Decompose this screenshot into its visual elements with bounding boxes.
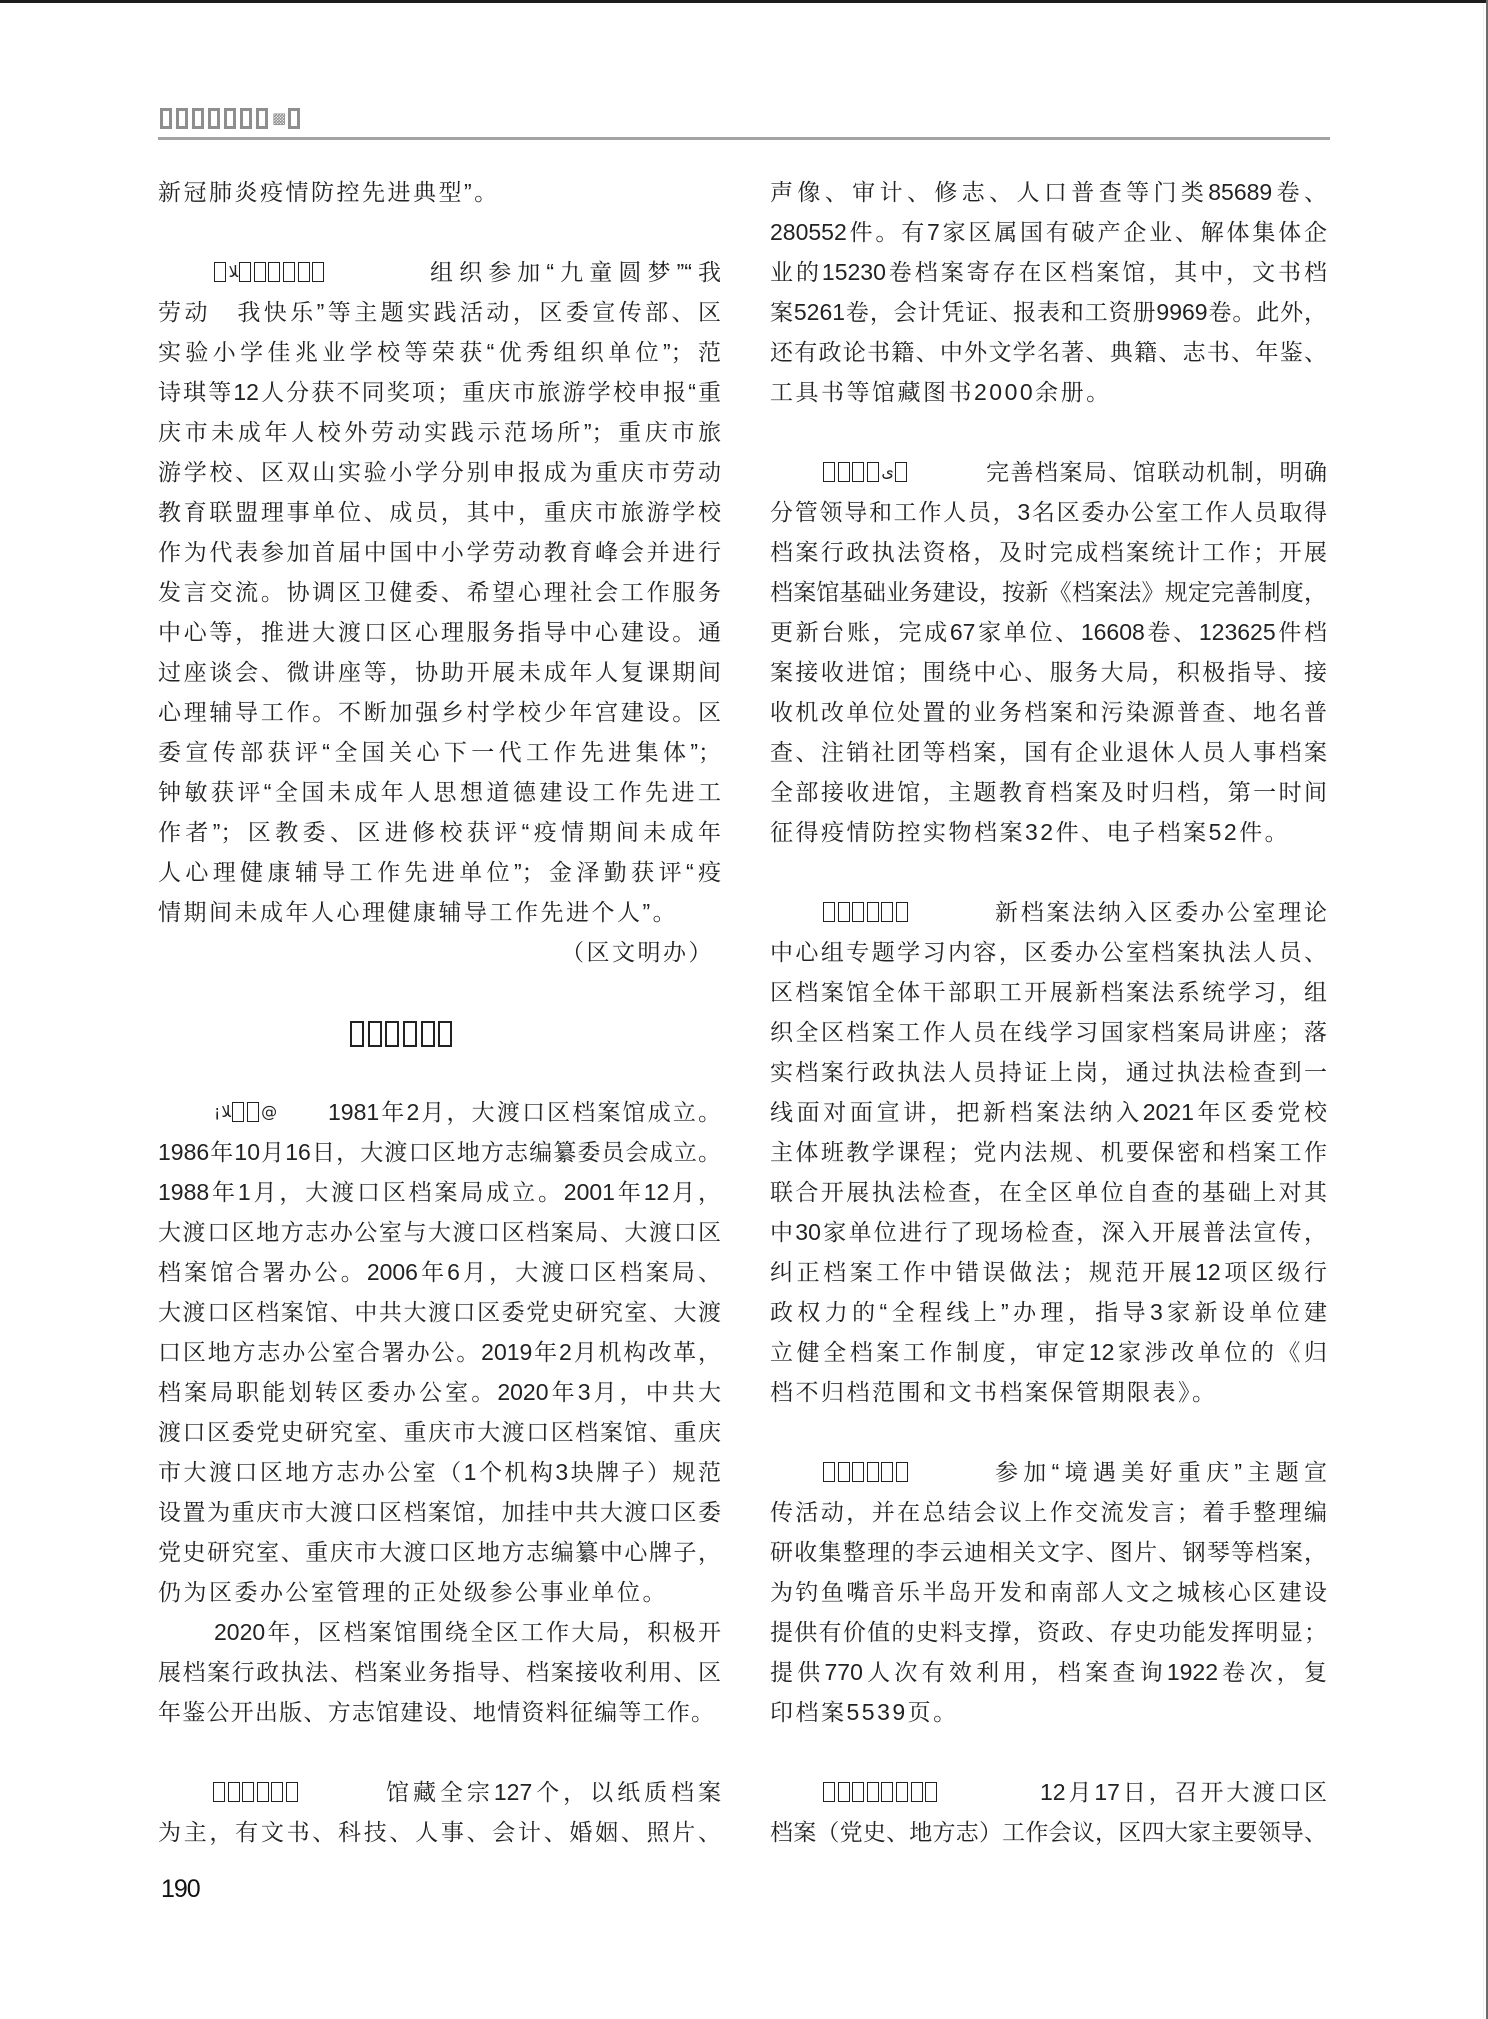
- body-text-line: 工具书等馆藏图书2000余册。: [770, 372, 1112, 412]
- body-text-line: 联合开展执法检查，在全区单位自查的基础上对其: [770, 1172, 1327, 1212]
- body-text-line: 查、注销社团等档案，国有企业退休人员人事档案: [770, 732, 1327, 772]
- body-text-line: 游学校、区双山实验小学分别申报成为重庆市劳动: [158, 452, 721, 492]
- body-text-line: 大渡口区档案馆、中共大渡口区委党史研究室、大渡: [158, 1292, 721, 1332]
- missing-glyph-box: □: [213, 1782, 225, 1802]
- body-text-line: 仍为区委办公室管理的正处级参公事业单位。: [158, 1572, 668, 1612]
- body-text-line: 280552件。有7家区属国有破产企业、解体集体企: [770, 212, 1327, 252]
- missing-glyph-box: □: [925, 1782, 937, 1802]
- page-number: 190: [161, 1869, 200, 1909]
- body-text-line: 档不归档范围和文书档案保管期限表》。: [770, 1372, 1218, 1412]
- body-text-line: 纠正档案工作中错误做法；规范开展12项区级行: [770, 1252, 1327, 1292]
- heading-glyph: ﻼ: [229, 262, 239, 282]
- body-text-line: 档案行政执法资格，及时完成档案统计工作；开展: [770, 532, 1327, 572]
- body-text-line: 实档案行政执法人员持证上岗，通过执法检查到一: [770, 1052, 1327, 1092]
- body-text-line: 2020年，区档案馆围绕全区工作大局，积极开: [214, 1612, 721, 1652]
- missing-glyph-box: □: [232, 1102, 244, 1122]
- missing-glyph-box: □: [268, 262, 280, 282]
- body-text-line: 12月17日，召开大渡口区: [1040, 1772, 1327, 1812]
- body-text-line: 组织参加“九童圆梦”“我: [430, 252, 721, 292]
- run-in-heading: □□□□□□: [823, 892, 911, 932]
- heading-glyph: @: [261, 1102, 277, 1122]
- missing-glyph-box: □: [823, 1782, 835, 1802]
- body-text-line: 渡口区委党史研究室、重庆市大渡口区档案馆、重庆: [158, 1412, 721, 1452]
- body-text-line: 1986年10月16日，大渡口区地方志编纂委员会成立。: [158, 1132, 721, 1172]
- missing-glyph-box: □: [283, 262, 295, 282]
- body-text-line: 1981年2月，大渡口区档案馆成立。: [328, 1092, 721, 1132]
- missing-glyph-box: □: [160, 108, 172, 129]
- heading-glyph: ﻼ: [221, 1102, 231, 1122]
- body-text-line: 年鉴公开出版、方志馆建设、地情资料征编等工作。: [158, 1692, 714, 1732]
- body-text-line: 还有政论书籍、中外文学名著、典籍、志书、年鉴、: [770, 332, 1327, 372]
- missing-glyph-box: □: [881, 1462, 893, 1482]
- missing-glyph-box: □: [881, 902, 893, 922]
- heading-glyph: ¡: [214, 1102, 220, 1122]
- missing-glyph-box: □: [867, 462, 879, 482]
- body-text-line: 大渡口区地方志办公室与大渡口区档案局、大渡口区: [158, 1212, 721, 1252]
- missing-glyph-box: □: [838, 1462, 850, 1482]
- missing-glyph-box: □: [288, 108, 300, 129]
- missing-glyph-box: □: [823, 1462, 835, 1482]
- body-text-line: 钟敏获评“全国未成年人思想道德建设工作先进工: [158, 772, 721, 812]
- body-text-line: 主体班教学课程；党内法规、机要保密和档案工作: [770, 1132, 1327, 1172]
- running-header: □□□□□□□▩□: [160, 99, 304, 137]
- body-text-line: 声像、审计、修志、人口普查等门类85689卷、: [770, 172, 1327, 212]
- run-in-heading: □□□□□□: [213, 1772, 301, 1812]
- body-text-line: 情期间未成年人心理健康辅导工作先进个人”。: [158, 892, 678, 932]
- missing-glyph-box: □: [852, 462, 864, 482]
- source-attribution: （区文明办）: [158, 932, 714, 972]
- missing-glyph-box: □: [838, 462, 850, 482]
- body-text-line: 为钓鱼嘴音乐半岛开发和南部人文之城核心区建设: [770, 1572, 1327, 1612]
- missing-glyph-box: □: [852, 1462, 864, 1482]
- missing-glyph-box: □: [896, 1782, 908, 1802]
- body-text-line: 新档案法纳入区委办公室理论: [995, 892, 1327, 932]
- body-text-line: 劳动 我快乐”等主题实践活动，区委宣传部、区: [158, 292, 721, 332]
- missing-glyph-box: □: [896, 1462, 908, 1482]
- body-text-line: 参加“境遇美好重庆”主题宣: [995, 1452, 1327, 1492]
- missing-glyph-box: □: [852, 1782, 864, 1802]
- body-text-line: 档案馆基础业务建设，按新《档案法》规定完善制度，: [770, 572, 1327, 612]
- body-text-line: 政权力的“全程线上”办理，指导3家新设单位建: [770, 1292, 1327, 1332]
- body-text-line: 过座谈会、微讲座等，协助开展未成年人复课期间: [158, 652, 721, 692]
- body-text-line: 心理辅导工作。不断加强乡村学校少年宫建设。区: [158, 692, 721, 732]
- body-text-line: 中心组专题学习内容，区委办公室档案执法人员、: [770, 932, 1327, 972]
- body-text-line: 织全区档案工作人员在线学习国家档案局讲座；落: [770, 1012, 1327, 1052]
- missing-glyph-box: □: [852, 902, 864, 922]
- missing-glyph-box: □: [838, 902, 850, 922]
- body-text-line: 庆市未成年人校外劳动实践示范场所”；重庆市旅: [158, 412, 721, 452]
- body-text-line: 档案局职能划转区委办公室。2020年3月，中共大: [158, 1372, 721, 1412]
- missing-glyph-box: □: [192, 108, 204, 129]
- body-text-line: 1988年1月，大渡口区档案局成立。2001年12月，: [158, 1172, 721, 1212]
- body-text-line: 中30家单位进行了现场检查，深入开展普法宣传，: [770, 1212, 1327, 1252]
- body-text-line: 更新台账，完成67家单位、16608卷、123625件档: [770, 612, 1327, 652]
- body-text-line: 档案（党史、地方志）工作会议，区四大家主要领导、: [770, 1812, 1327, 1852]
- body-text-line: 研收集整理的李云迪相关文字、图片、钢琴等档案，: [770, 1532, 1327, 1572]
- missing-glyph-box: □: [823, 462, 835, 482]
- body-text-line: 作者”；区教委、区进修校获评“疫情期间未成年: [158, 812, 721, 852]
- body-text-line: 分管领导和工作人员，3名区委办公室工作人员取得: [770, 492, 1327, 532]
- body-text-line: 实验小学佳兆业学校等荣获“优秀组织单位”；范: [158, 332, 721, 372]
- run-in-heading: □□□□□□□□: [823, 1772, 940, 1812]
- run-in-heading: ¡ﻼ□□@: [214, 1092, 278, 1132]
- missing-glyph-box: □: [312, 262, 324, 282]
- run-in-heading: □ﻼ□□□□□□: [214, 252, 327, 292]
- body-text-line: 发言交流。协调区卫健委、希望心理社会工作服务: [158, 572, 721, 612]
- missing-glyph-box: □: [271, 1782, 283, 1802]
- body-text-line: 教育联盟理事单位、成员，其中，重庆市旅游学校: [158, 492, 721, 532]
- body-text-line: 口区地方志办公室合署办公。2019年2月机构改革，: [158, 1332, 721, 1372]
- missing-glyph-box: □: [256, 108, 268, 129]
- body-text-line: 区档案馆全体干部职工开展新档案法系统学习，组: [770, 972, 1327, 1012]
- missing-glyph-box: □: [438, 1021, 452, 1047]
- body-text-line: 提供770人次有效利用，档案查询1922卷次，复: [770, 1652, 1327, 1692]
- body-text-line: 党史研究室、重庆市大渡口区地方志编纂中心牌子，: [158, 1532, 721, 1572]
- body-text-line: 立健全档案工作制度，审定12家涉改单位的《归: [770, 1332, 1327, 1372]
- missing-glyph-box: □: [254, 262, 266, 282]
- run-in-heading: □□□□□□: [823, 1452, 911, 1492]
- missing-glyph-box: □: [867, 1782, 879, 1802]
- body-text-line: 委宣传部获评“全国关心下一代工作先进集体”；: [158, 732, 721, 772]
- body-text-line: 新冠肺炎疫情防控先进典型”。: [158, 172, 500, 212]
- body-text-line: 印档案5539页。: [770, 1692, 959, 1732]
- body-text-line: 人心理健康辅导工作先进单位”；金泽勤获评“疫: [158, 852, 721, 892]
- missing-glyph-box: □: [867, 902, 879, 922]
- missing-glyph-box: □: [911, 1782, 923, 1802]
- missing-glyph-box: □: [350, 1021, 364, 1047]
- body-text-line: 传活动，并在总结会议上作交流发言；着手整理编: [770, 1492, 1327, 1532]
- top-border: [0, 0, 1488, 3]
- body-text-line: 展档案行政执法、档案业务指导、档案接收利用、区: [158, 1652, 721, 1692]
- missing-glyph-box: □: [368, 1021, 382, 1047]
- missing-glyph-box: □: [176, 108, 188, 129]
- missing-glyph-box: □: [385, 1021, 399, 1047]
- missing-glyph-box: □: [298, 262, 310, 282]
- yearbook-page: □□□□□□□▩□ 新冠肺炎疫情防控先进典型”。 □ﻼ□□□□□□ 组织参加“九…: [0, 0, 1488, 2019]
- missing-glyph-box: □: [896, 902, 908, 922]
- body-text-line: 馆藏全宗127个，以纸质档案: [386, 1772, 721, 1812]
- body-text-line: 设置为重庆市大渡口区档案馆，加挂中共大渡口区委: [158, 1492, 721, 1532]
- right-border-shadow: [1483, 3, 1484, 2019]
- run-in-heading: □□□□ﻯ□: [823, 452, 910, 492]
- missing-glyph-box: □: [240, 108, 252, 129]
- heading-glyph: ﻯ: [881, 462, 894, 482]
- missing-glyph-box: □: [257, 1782, 269, 1802]
- missing-glyph-box: □: [214, 262, 226, 282]
- header-rule: [158, 137, 1330, 140]
- body-text-line: 案接收进馆；围绕中心、服务大局，积极指导、接: [770, 652, 1327, 692]
- heading-glyph: ▩: [272, 108, 286, 128]
- body-text-line: 市大渡口区地方志办公室（1个机构3块牌子）规范: [158, 1452, 721, 1492]
- missing-glyph-box: □: [208, 108, 220, 129]
- section-title: □□□□□□: [350, 1014, 456, 1054]
- body-text-line: 线面对面宣讲，把新档案法纳入2021年区委党校: [770, 1092, 1327, 1132]
- body-text-line: 作为代表参加首届中国中小学劳动教育峰会并进行: [158, 532, 721, 572]
- body-text-line: 档案馆合署办公。2006年6月，大渡口区档案局、: [158, 1252, 721, 1292]
- missing-glyph-box: □: [224, 108, 236, 129]
- missing-glyph-box: □: [823, 902, 835, 922]
- missing-glyph-box: □: [403, 1021, 417, 1047]
- body-text-line: 提供有价值的史料支撑，资政、存史功能发挥明显；: [770, 1612, 1327, 1652]
- body-text-line: 诗琪等12人分获不同奖项；重庆市旅游学校申报“重: [158, 372, 721, 412]
- missing-glyph-box: □: [421, 1021, 435, 1047]
- missing-glyph-box: □: [239, 262, 251, 282]
- missing-glyph-box: □: [895, 462, 907, 482]
- missing-glyph-box: □: [881, 1782, 893, 1802]
- body-text-line: 收机改单位处置的业务档案和污染源普查、地名普: [770, 692, 1327, 732]
- body-text-line: 中心等，推进大渡口区心理服务指导中心建设。通: [158, 612, 721, 652]
- missing-glyph-box: □: [286, 1782, 298, 1802]
- body-text-line: 征得疫情防控实物档案32件、电子档案52件。: [770, 812, 1290, 852]
- missing-glyph-box: □: [228, 1782, 240, 1802]
- body-text-line: 完善档案局、馆联动机制，明确: [986, 452, 1327, 492]
- missing-glyph-box: □: [242, 1782, 254, 1802]
- body-text-line: 为主，有文书、科技、人事、会计、婚姻、照片、: [158, 1812, 721, 1852]
- missing-glyph-box: □: [838, 1782, 850, 1802]
- body-text-line: 案5261卷，会计凭证、报表和工资册9969卷。此外，: [770, 292, 1327, 332]
- body-text-line: 业的15230卷档案寄存在区档案馆，其中，文书档: [770, 252, 1327, 292]
- missing-glyph-box: □: [247, 1102, 259, 1122]
- missing-glyph-box: □: [867, 1462, 879, 1482]
- body-text-line: 全部接收进馆，主题教育档案及时归档，第一时间: [770, 772, 1327, 812]
